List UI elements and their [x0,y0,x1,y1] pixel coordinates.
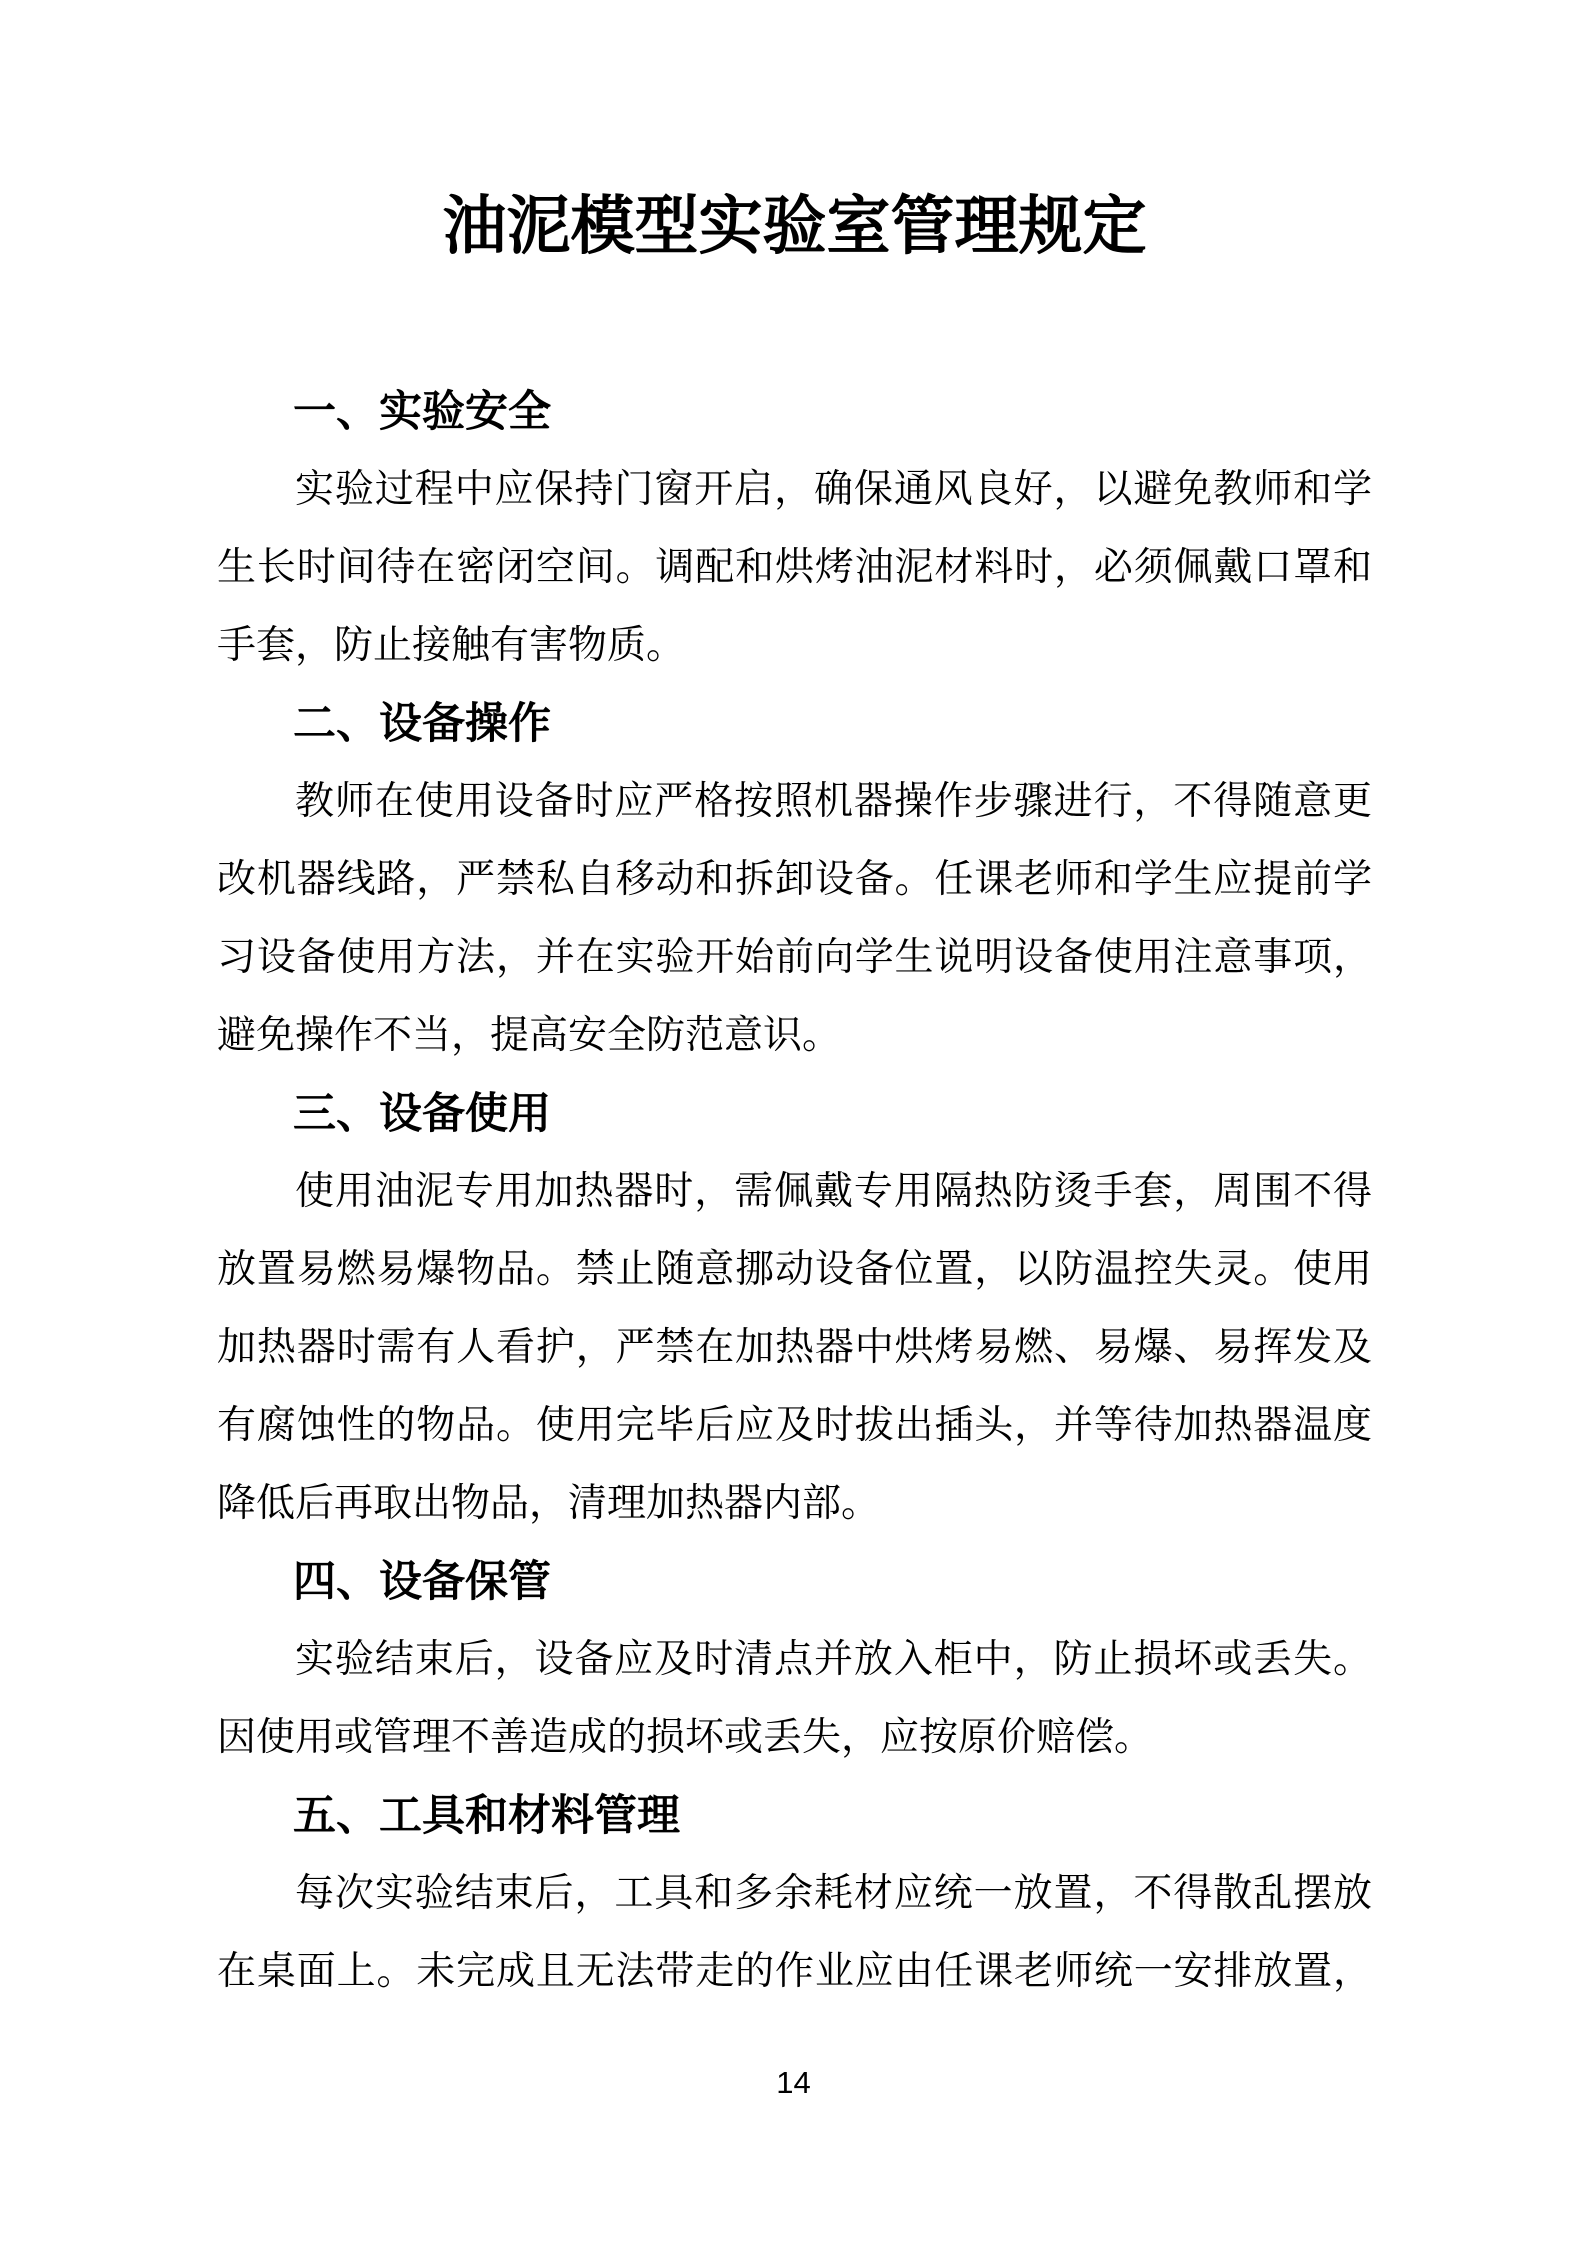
document-body: 一、实验安全实验过程中应保持门窗开启，确保通风良好，以避免教师和学生长时间待在密… [217,373,1372,2011]
section-heading: 四、设备保管 [217,1543,1372,1621]
section: 三、设备使用使用油泥专用加热器时，需佩戴专用隔热防烫手套，周围不得放置易燃易爆物… [217,1075,1372,1543]
section-heading: 一、实验安全 [217,373,1372,451]
section-paragraph: 教师在使用设备时应严格按照机器操作步骤进行，不得随意更改机器线路，严禁私自移动和… [217,763,1372,1075]
section-paragraph: 每次实验结束后，工具和多余耗材应统一放置，不得散乱摆放在桌面上。未完成且无法带走… [217,1855,1372,2011]
section-heading: 五、工具和材料管理 [217,1777,1372,1855]
section-heading: 三、设备使用 [217,1075,1372,1153]
section-paragraph: 使用油泥专用加热器时，需佩戴专用隔热防烫手套，周围不得放置易燃易爆物品。禁止随意… [217,1153,1372,1543]
page-title: 油泥模型实验室管理规定 [217,190,1372,262]
section-paragraph: 实验过程中应保持门窗开启，确保通风良好，以避免教师和学生长时间待在密闭空间。调配… [217,451,1372,685]
document-page: 油泥模型实验室管理规定 一、实验安全实验过程中应保持门窗开启，确保通风良好，以避… [0,0,1587,2245]
section-heading: 二、设备操作 [217,685,1372,763]
section: 一、实验安全实验过程中应保持门窗开启，确保通风良好，以避免教师和学生长时间待在密… [217,373,1372,685]
section: 四、设备保管实验结束后，设备应及时清点并放入柜中，防止损坏或丢失。因使用或管理不… [217,1543,1372,1777]
section: 五、工具和材料管理每次实验结束后，工具和多余耗材应统一放置，不得散乱摆放在桌面上… [217,1777,1372,2011]
page-number: 14 [0,2063,1587,2103]
section-paragraph: 实验结束后，设备应及时清点并放入柜中，防止损坏或丢失。因使用或管理不善造成的损坏… [217,1621,1372,1777]
section: 二、设备操作教师在使用设备时应严格按照机器操作步骤进行，不得随意更改机器线路，严… [217,685,1372,1075]
